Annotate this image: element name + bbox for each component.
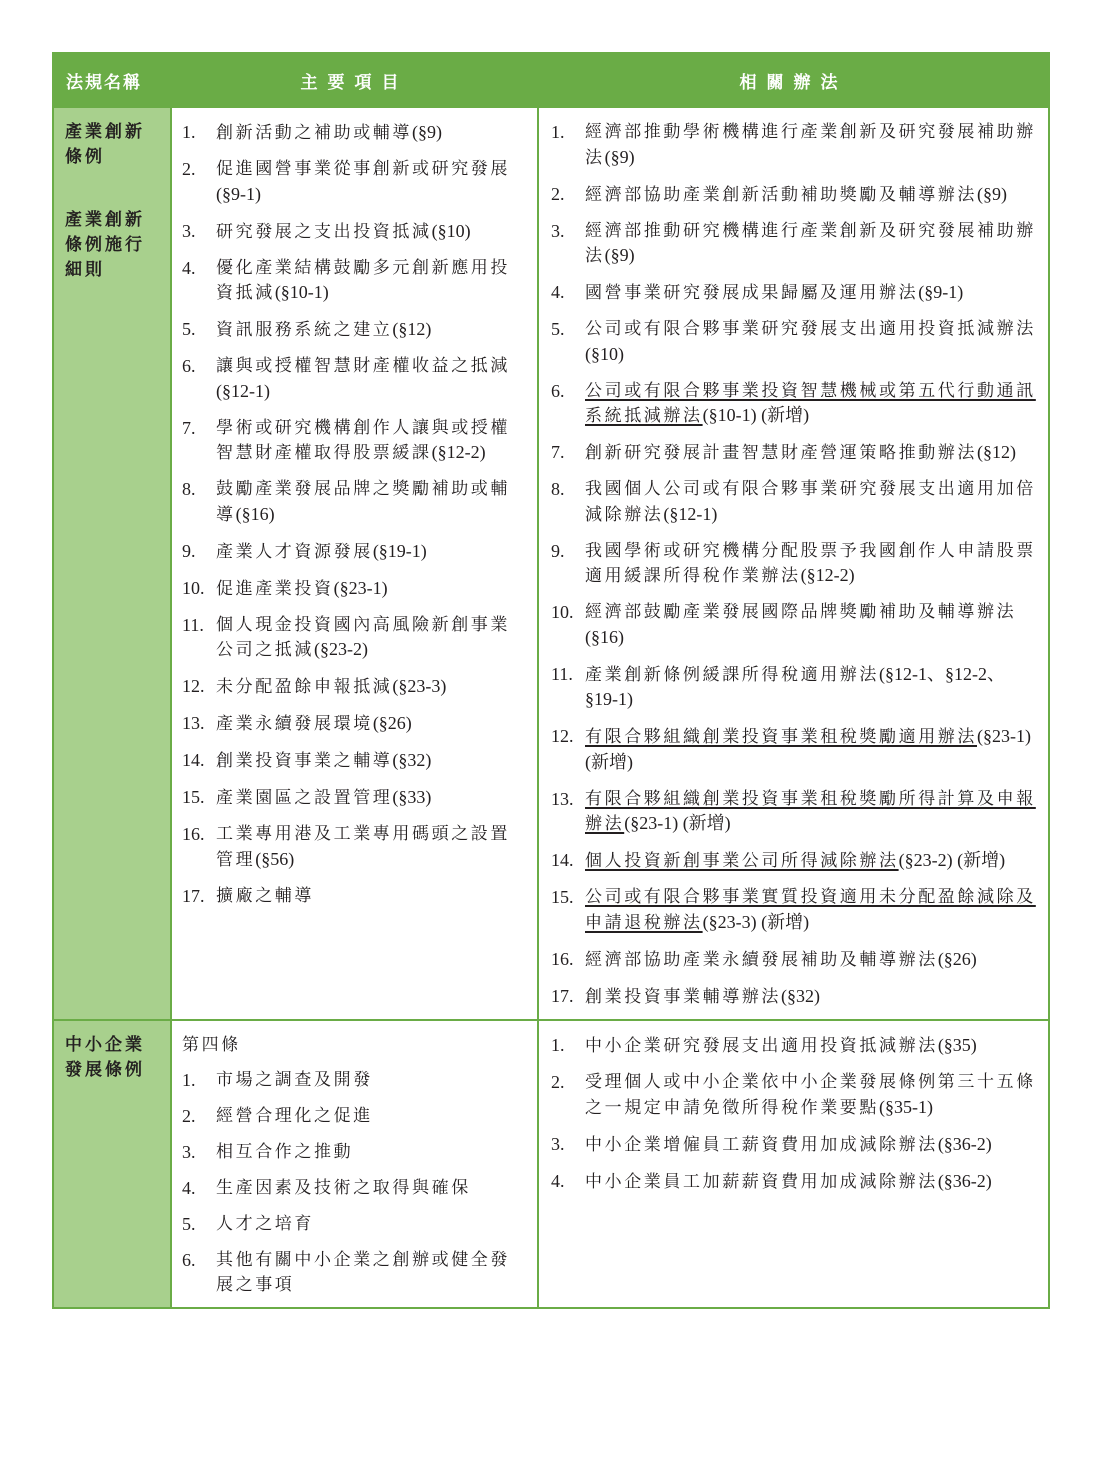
item-text: 中小企業研究發展支出適用投資抵減辦法(§35) bbox=[585, 1033, 1036, 1059]
related-reg-item: 15.公司或有限合夥事業實質投資適用未分配盈餘減除及申請退稅辦法(§23-3) … bbox=[551, 885, 1036, 935]
item-text: 公司或有限合夥事業研究發展支出適用投資抵減辦法(§10) bbox=[585, 317, 1036, 367]
item-title: 生產因素及技術之取得與確保 bbox=[216, 1178, 471, 1198]
item-number: 16. bbox=[551, 947, 585, 973]
item-title: 有限合夥組織創業投資事業租稅獎勵適用辦法 bbox=[585, 727, 977, 747]
related-reg-item: 2.受理個人或中小企業依中小企業發展條例第三十五條之一規定申請免徵所得稅作業要點… bbox=[551, 1070, 1036, 1120]
item-text: 受理個人或中小企業依中小企業發展條例第三十五條之一規定申請免徵所得稅作業要點(§… bbox=[585, 1070, 1036, 1120]
item-title: 其他有關中小企業之創辦或健全發展之事項 bbox=[216, 1250, 510, 1295]
main-item: 2.促進國營事業從事創新或研究發展(§9-1) bbox=[182, 157, 529, 207]
item-text: 經濟部鼓勵產業發展國際品牌獎勵補助及輔導辦法(§16) bbox=[585, 600, 1036, 650]
item-text: 未分配盈餘申報抵減(§23-3) bbox=[216, 674, 529, 700]
item-text: 相互合作之推動 bbox=[216, 1140, 529, 1165]
related-reg-item: 11.產業創新條例緩課所得稅適用辦法(§12-1、§12-2、§19-1) bbox=[551, 662, 1036, 713]
main-item: 10.促進產業投資(§23-1) bbox=[182, 576, 529, 602]
header-related-regs: 相關辦法 bbox=[538, 53, 1049, 107]
item-text: 有限合夥組織創業投資事業租稅獎勵適用辦法(§23-1) (新增) bbox=[585, 724, 1036, 775]
item-number: 9. bbox=[551, 539, 585, 589]
item-text: 鼓勵產業發展品牌之獎勵補助或輔導(§16) bbox=[216, 477, 529, 527]
article-ref: (§10-1) bbox=[703, 405, 757, 425]
item-title: 資訊服務系統之建立 bbox=[216, 320, 392, 340]
item-text: 學術或研究機構創作人讓與或授權智慧財產權取得股票緩課(§12-2) bbox=[216, 416, 529, 466]
item-number: 6. bbox=[551, 379, 585, 429]
article-ref: (§36-2) bbox=[938, 1134, 992, 1154]
item-number: 8. bbox=[551, 477, 585, 527]
item-title: 創新研究發展計畫智慧財產營運策略推動辦法 bbox=[585, 443, 977, 463]
main-item: 1.市場之調查及開發 bbox=[182, 1068, 529, 1093]
item-number: 10. bbox=[182, 576, 216, 602]
item-number: 11. bbox=[551, 662, 585, 713]
item-title: 讓與或授權智慧財產權收益之抵減 bbox=[216, 356, 510, 376]
item-number: 7. bbox=[551, 440, 585, 466]
main-item: 11.個人現金投資國內高風險新創事業公司之抵減(§23-2) bbox=[182, 613, 529, 663]
item-title: 國營事業研究發展成果歸屬及運用辦法 bbox=[585, 283, 918, 303]
item-text: 生產因素及技術之取得與確保 bbox=[216, 1176, 529, 1201]
item-number: 3. bbox=[551, 219, 585, 269]
main-item: 9.產業人才資源發展(§19-1) bbox=[182, 539, 529, 565]
article-ref: (§23-1) bbox=[624, 813, 678, 833]
item-text: 經濟部推動研究機構進行產業創新及研究發展補助辦法(§9) bbox=[585, 219, 1036, 269]
article-ref: (§12-2) bbox=[432, 442, 486, 462]
header-main-items: 主要項目 bbox=[171, 53, 538, 107]
item-title: 經濟部協助產業創新活動補助獎勵及輔導辦法 bbox=[585, 185, 977, 205]
item-number: 15. bbox=[551, 885, 585, 935]
main-item: 16.工業專用港及工業專用碼頭之設置管理(§56) bbox=[182, 822, 529, 872]
item-number: 17. bbox=[551, 984, 585, 1010]
related-reg-item: 16.經濟部協助產業永續發展補助及輔導辦法(§26) bbox=[551, 947, 1036, 973]
main-item: 4.優化產業結構鼓勵多元創新應用投資抵減(§10-1) bbox=[182, 256, 529, 306]
item-number: 2. bbox=[551, 182, 585, 208]
item-number: 5. bbox=[182, 317, 216, 343]
table-row-sme-development: 中小企業發展條例 第四條 1.市場之調查及開發2.經營合理化之促進3.相互合作之… bbox=[53, 1020, 1049, 1308]
article-ref: (§9-1) bbox=[918, 282, 963, 302]
main-item: 5.資訊服務系統之建立(§12) bbox=[182, 317, 529, 343]
article-ref: (§23-3) bbox=[392, 676, 446, 696]
item-number: 1. bbox=[182, 120, 216, 146]
main-item: 15.產業園區之設置管理(§33) bbox=[182, 785, 529, 811]
item-number: 2. bbox=[551, 1070, 585, 1120]
item-number: 4. bbox=[182, 1176, 216, 1201]
related-reg-item: 6.公司或有限合夥事業投資智慧機械或第五代行動通訊系統抵減辦法(§10-1) (… bbox=[551, 379, 1036, 429]
item-title: 擴廠之輔導 bbox=[216, 886, 314, 906]
item-title: 市場之調查及開發 bbox=[216, 1070, 373, 1090]
item-title: 經濟部推動研究機構進行產業創新及研究發展補助辦法 bbox=[585, 221, 1036, 267]
item-title: 公司或有限合夥事業研究發展支出適用投資抵減辦法 bbox=[585, 319, 1036, 339]
item-title: 經濟部鼓勵產業發展國際品牌獎勵補助及輔導辦法 bbox=[585, 602, 1016, 622]
item-number: 10. bbox=[551, 600, 585, 650]
related-regs-list: 1.經濟部推動學術機構進行產業創新及研究發展補助辦法(§9)2.經濟部協助產業創… bbox=[551, 120, 1036, 1009]
article-ref: (§56) bbox=[255, 849, 294, 869]
item-title: 產業永續發展環境 bbox=[216, 714, 373, 734]
main-item: 14.創業投資事業之輔導(§32) bbox=[182, 748, 529, 774]
main-item: 12.未分配盈餘申報抵減(§23-3) bbox=[182, 674, 529, 700]
item-text: 人才之培育 bbox=[216, 1212, 529, 1237]
main-item: 7.學術或研究機構創作人讓與或授權智慧財產權取得股票緩課(§12-2) bbox=[182, 416, 529, 466]
item-text: 促進產業投資(§23-1) bbox=[216, 576, 529, 602]
item-text: 中小企業增僱員工薪資費用加成減除辦法(§36-2) bbox=[585, 1132, 1036, 1158]
article-ref: (§36-2) bbox=[938, 1171, 992, 1191]
item-title: 相互合作之推動 bbox=[216, 1142, 353, 1162]
article-heading: 第四條 bbox=[182, 1033, 529, 1057]
item-title: 創新活動之補助或輔導 bbox=[216, 123, 412, 143]
related-reg-item: 12.有限合夥組織創業投資事業租稅獎勵適用辦法(§23-1) (新增) bbox=[551, 724, 1036, 775]
item-number: 16. bbox=[182, 822, 216, 872]
law-name: 產業創新條例 bbox=[65, 120, 162, 170]
main-item: 6.其他有關中小企業之創辦或健全發展之事項 bbox=[182, 1248, 529, 1297]
item-title: 個人投資新創事業公司所得減除辦法 bbox=[585, 851, 899, 871]
related-reg-item: 4.國營事業研究發展成果歸屬及運用辦法(§9-1) bbox=[551, 280, 1036, 306]
article-ref: (§10) bbox=[585, 344, 624, 364]
main-item: 17.擴廠之輔導 bbox=[182, 884, 529, 909]
article-ref: (§26) bbox=[938, 949, 977, 969]
main-items-list: 1.市場之調查及開發2.經營合理化之促進3.相互合作之推動4.生產因素及技術之取… bbox=[182, 1068, 529, 1297]
article-ref: (§10-1) bbox=[275, 282, 329, 302]
article-ref: (§35-1) bbox=[879, 1097, 933, 1117]
related-reg-item: 2.經濟部協助產業創新活動補助獎勵及輔導辦法(§9) bbox=[551, 182, 1036, 208]
item-title: 中小企業研究發展支出適用投資抵減辦法 bbox=[585, 1036, 938, 1056]
related-regs-cell: 1.中小企業研究發展支出適用投資抵減辦法(§35)2.受理個人或中小企業依中小企… bbox=[538, 1020, 1049, 1308]
item-text: 中小企業員工加薪薪資費用加成減除辦法(§36-2) bbox=[585, 1169, 1036, 1195]
main-item: 4.生產因素及技術之取得與確保 bbox=[182, 1176, 529, 1201]
article-ref: (§19-1) bbox=[373, 541, 427, 561]
item-text: 市場之調查及開發 bbox=[216, 1068, 529, 1093]
item-number: 4. bbox=[551, 1169, 585, 1195]
item-title: 我國個人公司或有限合夥事業研究發展支出適用加倍減除辦法 bbox=[585, 479, 1036, 525]
item-title: 公司或有限合夥事業投資智慧機械或第五代行動通訊系統抵減辦法 bbox=[585, 381, 1036, 427]
related-reg-item: 10.經濟部鼓勵產業發展國際品牌獎勵補助及輔導辦法(§16) bbox=[551, 600, 1036, 650]
related-reg-item: 1.中小企業研究發展支出適用投資抵減辦法(§35) bbox=[551, 1033, 1036, 1059]
main-item: 13.產業永續發展環境(§26) bbox=[182, 711, 529, 737]
item-number: 4. bbox=[182, 256, 216, 306]
item-title: 中小企業增僱員工薪資費用加成減除辦法 bbox=[585, 1135, 938, 1155]
item-number: 6. bbox=[182, 1248, 216, 1297]
item-title: 優化產業結構鼓勵多元創新應用投資抵減 bbox=[216, 258, 510, 304]
item-number: 5. bbox=[182, 1212, 216, 1237]
item-text: 個人現金投資國內高風險新創事業公司之抵減(§23-2) bbox=[216, 613, 529, 663]
item-text: 產業園區之設置管理(§33) bbox=[216, 785, 529, 811]
item-number: 12. bbox=[182, 674, 216, 700]
article-ref: (§12-1) bbox=[216, 381, 270, 401]
item-title: 產業人才資源發展 bbox=[216, 542, 373, 562]
item-text: 我國學術或研究機構分配股票予我國創作人申請股票適用緩課所得稅作業辦法(§12-2… bbox=[585, 539, 1036, 589]
article-ref: (§12) bbox=[392, 319, 431, 339]
item-number: 3. bbox=[551, 1132, 585, 1158]
law-name-cell: 產業創新條例 產業創新條例施行細則 bbox=[53, 107, 171, 1020]
related-reg-item: 4.中小企業員工加薪薪資費用加成減除辦法(§36-2) bbox=[551, 1169, 1036, 1195]
item-text: 讓與或授權智慧財產權收益之抵減(§12-1) bbox=[216, 354, 529, 404]
item-text: 創業投資事業輔導辦法(§32) bbox=[585, 984, 1036, 1010]
article-ref: (§32) bbox=[781, 986, 820, 1006]
article-ref: (§35) bbox=[938, 1035, 977, 1055]
item-title: 產業園區之設置管理 bbox=[216, 788, 392, 808]
main-item: 8.鼓勵產業發展品牌之獎勵補助或輔導(§16) bbox=[182, 477, 529, 527]
article-ref: (§9) bbox=[605, 245, 635, 265]
article-ref: (§12) bbox=[977, 442, 1016, 462]
item-text: 國營事業研究發展成果歸屬及運用辦法(§9-1) bbox=[585, 280, 1036, 306]
main-item: 2.經營合理化之促進 bbox=[182, 1104, 529, 1129]
item-number: 4. bbox=[551, 280, 585, 306]
item-number: 2. bbox=[182, 157, 216, 207]
main-item: 3.研究發展之支出投資抵減(§10) bbox=[182, 219, 529, 245]
regulations-table: 法規名稱 主要項目 相關辦法 產業創新條例 產業創新條例施行細則 1.創新活動之… bbox=[52, 52, 1050, 1309]
item-number: 13. bbox=[551, 787, 585, 837]
item-text: 優化產業結構鼓勵多元創新應用投資抵減(§10-1) bbox=[216, 256, 529, 306]
law-name: 產業創新條例施行細則 bbox=[65, 208, 162, 283]
item-text: 研究發展之支出投資抵減(§10) bbox=[216, 219, 529, 245]
article-ref: (§23-2) bbox=[314, 639, 368, 659]
article-ref: (§32) bbox=[392, 750, 431, 770]
main-item: 1.創新活動之補助或輔導(§9) bbox=[182, 120, 529, 146]
item-number: 6. bbox=[182, 354, 216, 404]
new-tag: (新增) bbox=[678, 813, 731, 833]
item-text: 其他有關中小企業之創辦或健全發展之事項 bbox=[216, 1248, 529, 1297]
item-text: 經營合理化之促進 bbox=[216, 1104, 529, 1129]
item-text: 促進國營事業從事創新或研究發展(§9-1) bbox=[216, 157, 529, 207]
item-title: 創業投資事業之輔導 bbox=[216, 751, 392, 771]
related-reg-item: 3.經濟部推動研究機構進行產業創新及研究發展補助辦法(§9) bbox=[551, 219, 1036, 269]
item-title: 中小企業員工加薪薪資費用加成減除辦法 bbox=[585, 1172, 938, 1192]
item-text: 產業創新條例緩課所得稅適用辦法(§12-1、§12-2、§19-1) bbox=[585, 662, 1036, 713]
law-name-cell: 中小企業發展條例 bbox=[53, 1020, 171, 1308]
item-number: 14. bbox=[551, 848, 585, 874]
related-reg-item: 5.公司或有限合夥事業研究發展支出適用投資抵減辦法(§10) bbox=[551, 317, 1036, 367]
header-law-name: 法規名稱 bbox=[53, 53, 171, 107]
item-text: 資訊服務系統之建立(§12) bbox=[216, 317, 529, 343]
item-number: 17. bbox=[182, 884, 216, 909]
main-items-list: 1.創新活動之補助或輔導(§9)2.促進國營事業從事創新或研究發展(§9-1)3… bbox=[182, 120, 529, 908]
main-items-cell: 第四條 1.市場之調查及開發2.經營合理化之促進3.相互合作之推動4.生產因素及… bbox=[171, 1020, 538, 1308]
item-title: 經營合理化之促進 bbox=[216, 1106, 373, 1126]
item-title: 研究發展之支出投資抵減 bbox=[216, 222, 432, 242]
article-ref: (§16) bbox=[585, 627, 624, 647]
item-title: 創業投資事業輔導辦法 bbox=[585, 987, 781, 1007]
related-reg-item: 1.經濟部推動學術機構進行產業創新及研究發展補助辦法(§9) bbox=[551, 120, 1036, 170]
item-number: 11. bbox=[182, 613, 216, 663]
item-title: 經濟部推動學術機構進行產業創新及研究發展補助辦法 bbox=[585, 122, 1036, 168]
article-ref: (§23-1) bbox=[334, 578, 388, 598]
item-number: 3. bbox=[182, 219, 216, 245]
item-number: 15. bbox=[182, 785, 216, 811]
main-item: 6.讓與或授權智慧財產權收益之抵減(§12-1) bbox=[182, 354, 529, 404]
item-text: 公司或有限合夥事業投資智慧機械或第五代行動通訊系統抵減辦法(§10-1) (新增… bbox=[585, 379, 1036, 429]
item-text: 創新活動之補助或輔導(§9) bbox=[216, 120, 529, 146]
table-row-industrial-innovation: 產業創新條例 產業創新條例施行細則 1.創新活動之補助或輔導(§9)2.促進國營… bbox=[53, 107, 1049, 1020]
item-text: 公司或有限合夥事業實質投資適用未分配盈餘減除及申請退稅辦法(§23-3) (新增… bbox=[585, 885, 1036, 935]
item-text: 經濟部協助產業永續發展補助及輔導辦法(§26) bbox=[585, 947, 1036, 973]
main-item: 3.相互合作之推動 bbox=[182, 1140, 529, 1165]
article-ref: (§9-1) bbox=[216, 184, 261, 204]
item-number: 1. bbox=[551, 120, 585, 170]
related-reg-item: 13.有限合夥組織創業投資事業租稅獎勵所得計算及申報辦法(§23-1) (新增) bbox=[551, 787, 1036, 837]
item-text: 經濟部協助產業創新活動補助獎勵及輔導辦法(§9) bbox=[585, 182, 1036, 208]
item-text: 產業人才資源發展(§19-1) bbox=[216, 539, 529, 565]
item-number: 14. bbox=[182, 748, 216, 774]
item-number: 1. bbox=[551, 1033, 585, 1059]
law-name: 中小企業發展條例 bbox=[65, 1033, 162, 1083]
related-reg-item: 9.我國學術或研究機構分配股票予我國創作人申請股票適用緩課所得稅作業辦法(§12… bbox=[551, 539, 1036, 589]
article-ref: (§23-1) bbox=[977, 726, 1031, 746]
item-text: 經濟部推動學術機構進行產業創新及研究發展補助辦法(§9) bbox=[585, 120, 1036, 170]
article-ref: (§16) bbox=[236, 504, 275, 524]
related-reg-item: 8.我國個人公司或有限合夥事業研究發展支出適用加倍減除辦法(§12-1) bbox=[551, 477, 1036, 527]
item-number: 7. bbox=[182, 416, 216, 466]
item-number: 12. bbox=[551, 724, 585, 775]
related-reg-item: 7.創新研究發展計畫智慧財產營運策略推動辦法(§12) bbox=[551, 440, 1036, 466]
item-title: 未分配盈餘申報抵減 bbox=[216, 677, 392, 697]
new-tag: (新增) bbox=[585, 752, 633, 772]
item-number: 1. bbox=[182, 1068, 216, 1093]
main-items-cell: 1.創新活動之補助或輔導(§9)2.促進國營事業從事創新或研究發展(§9-1)3… bbox=[171, 107, 538, 1020]
item-text: 個人投資新創事業公司所得減除辦法(§23-2) (新增) bbox=[585, 848, 1036, 874]
item-title: 促進國營事業從事創新或研究發展 bbox=[216, 159, 510, 179]
item-number: 9. bbox=[182, 539, 216, 565]
new-tag: (新增) bbox=[953, 850, 1006, 870]
related-regs-list: 1.中小企業研究發展支出適用投資抵減辦法(§35)2.受理個人或中小企業依中小企… bbox=[551, 1033, 1036, 1194]
item-text: 產業永續發展環境(§26) bbox=[216, 711, 529, 737]
article-ref: (§26) bbox=[373, 713, 412, 733]
item-text: 我國個人公司或有限合夥事業研究發展支出適用加倍減除辦法(§12-1) bbox=[585, 477, 1036, 527]
new-tag: (新增) bbox=[757, 405, 810, 425]
item-title: 人才之培育 bbox=[216, 1214, 314, 1234]
article-ref: (§9) bbox=[412, 122, 442, 142]
article-ref: (§23-3) bbox=[703, 912, 757, 932]
related-reg-item: 17.創業投資事業輔導辦法(§32) bbox=[551, 984, 1036, 1010]
item-title: 公司或有限合夥事業實質投資適用未分配盈餘減除及申請退稅辦法 bbox=[585, 887, 1036, 933]
article-ref: (§9) bbox=[977, 184, 1007, 204]
header-row: 法規名稱 主要項目 相關辦法 bbox=[53, 53, 1049, 107]
article-ref: (§23-2) bbox=[899, 850, 953, 870]
item-title: 經濟部協助產業永續發展補助及輔導辦法 bbox=[585, 950, 938, 970]
article-ref: (§9) bbox=[605, 147, 635, 167]
article-ref: (§12-1) bbox=[663, 504, 717, 524]
item-text: 擴廠之輔導 bbox=[216, 884, 529, 909]
article-ref: (§33) bbox=[392, 787, 431, 807]
new-tag: (新增) bbox=[757, 912, 810, 932]
item-number: 13. bbox=[182, 711, 216, 737]
article-ref: (§10) bbox=[432, 221, 471, 241]
related-reg-item: 3.中小企業增僱員工薪資費用加成減除辦法(§36-2) bbox=[551, 1132, 1036, 1158]
item-text: 有限合夥組織創業投資事業租稅獎勵所得計算及申報辦法(§23-1) (新增) bbox=[585, 787, 1036, 837]
item-title: 受理個人或中小企業依中小企業發展條例第三十五條之一規定申請免徵所得稅作業要點 bbox=[585, 1072, 1036, 1118]
item-number: 3. bbox=[182, 1140, 216, 1165]
main-item: 5.人才之培育 bbox=[182, 1212, 529, 1237]
related-reg-item: 14.個人投資新創事業公司所得減除辦法(§23-2) (新增) bbox=[551, 848, 1036, 874]
item-number: 2. bbox=[182, 1104, 216, 1129]
item-text: 工業專用港及工業專用碼頭之設置管理(§56) bbox=[216, 822, 529, 872]
related-regs-cell: 1.經濟部推動學術機構進行產業創新及研究發展補助辦法(§9)2.經濟部協助產業創… bbox=[538, 107, 1049, 1020]
item-text: 創新研究發展計畫智慧財產營運策略推動辦法(§12) bbox=[585, 440, 1036, 466]
item-title: 促進產業投資 bbox=[216, 579, 334, 599]
item-title: 產業創新條例緩課所得稅適用辦法 bbox=[585, 665, 879, 685]
item-number: 5. bbox=[551, 317, 585, 367]
article-ref: (§12-2) bbox=[801, 565, 855, 585]
item-number: 8. bbox=[182, 477, 216, 527]
item-text: 創業投資事業之輔導(§32) bbox=[216, 748, 529, 774]
